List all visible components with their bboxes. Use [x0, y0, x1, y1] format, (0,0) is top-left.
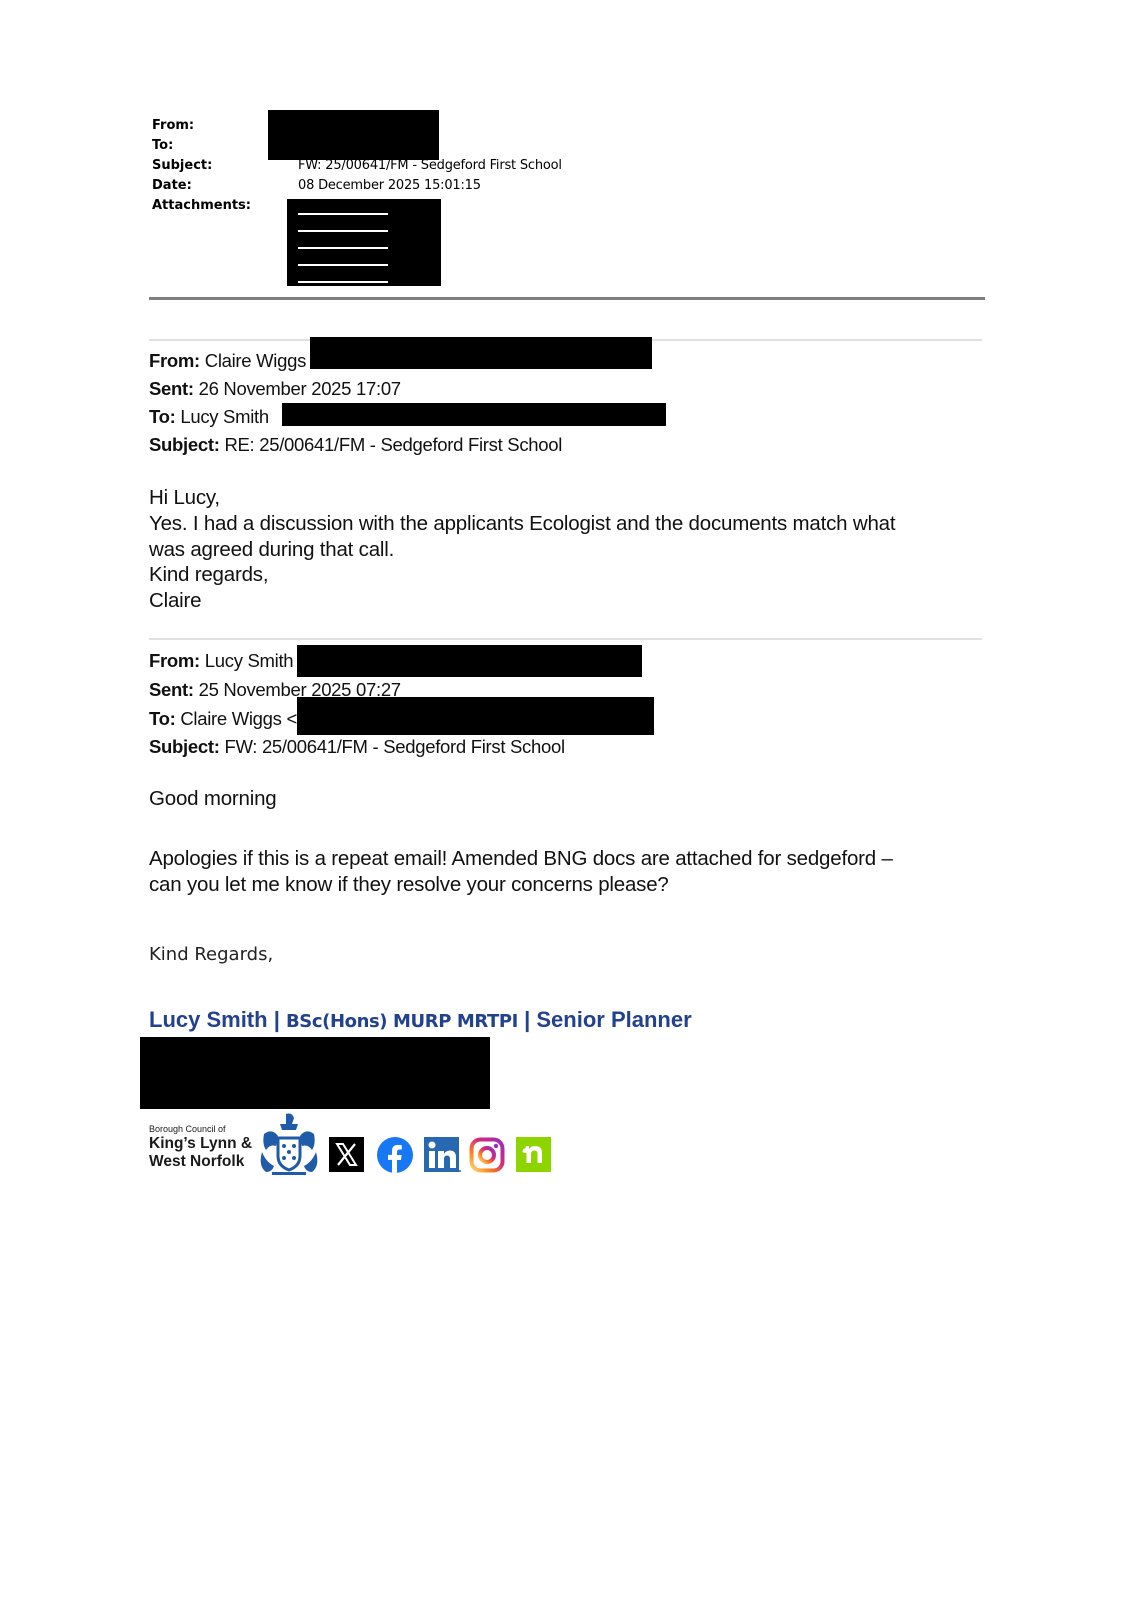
subject-label: Subject: [149, 736, 220, 757]
org-line: King’s Lynn & [149, 1135, 252, 1153]
from-label: From: [149, 350, 200, 371]
body-line: can you let me know if they resolve your… [149, 872, 669, 898]
separator: | [268, 1007, 286, 1032]
body-line: Yes. I had a discussion with the applica… [149, 511, 895, 537]
facebook-icon[interactable] [377, 1137, 412, 1172]
linkedin-icon[interactable] [424, 1137, 460, 1172]
signature-line: Lucy Smith | BSc(Hons) MURP MRTPI | Seni… [149, 1007, 692, 1035]
to-value: Lucy Smith [180, 406, 269, 427]
subject-value: FW: 25/00641/FM - Sedgeford First School [298, 158, 562, 174]
redacted-email [310, 337, 652, 369]
message-sent: Sent: 26 November 2025 17:07 [149, 378, 401, 400]
sent-label: Sent: [149, 378, 194, 399]
message-subject: Subject: FW: 25/00641/FM - Sedgeford Fir… [149, 736, 565, 758]
redacted-email [282, 403, 666, 426]
instagram-icon[interactable] [469, 1137, 504, 1172]
body-line: was agreed during that call. [149, 537, 394, 563]
attachment-link[interactable] [298, 281, 388, 283]
from-value: Claire Wiggs [205, 350, 306, 371]
body-line: Claire [149, 588, 201, 614]
date-value: 08 December 2025 15:01:15 [298, 178, 481, 194]
from-label: From: [149, 650, 200, 671]
redacted-contact-details [140, 1037, 490, 1109]
subject-label: Subject: [152, 158, 212, 174]
message-divider [149, 638, 982, 640]
to-label: To: [149, 708, 176, 729]
attachment-link[interactable] [298, 230, 388, 232]
message-to: To: Lucy Smith [149, 406, 269, 428]
to-value: Claire Wiggs < [180, 708, 297, 729]
header-divider [149, 297, 985, 300]
to-label: To: [149, 406, 176, 427]
body-line: Kind regards, [149, 562, 268, 588]
subject-label: Subject: [149, 434, 220, 455]
x-icon[interactable] [329, 1137, 364, 1172]
attachments-label: Attachments: [152, 198, 251, 214]
body-line: Good morning [149, 786, 277, 812]
org-line: Borough Council of [149, 1124, 252, 1135]
signature-qualifications: BSc(Hons) MURP MRTPI [286, 1011, 518, 1032]
separator: | [518, 1007, 536, 1032]
org-line: West Norfolk [149, 1153, 252, 1171]
body-line: Hi Lucy, [149, 485, 220, 511]
message-subject: Subject: RE: 25/00641/FM - Sedgeford Fir… [149, 434, 562, 456]
sent-value: 26 November 2025 17:07 [199, 378, 401, 399]
message-to: To: Claire Wiggs < [149, 708, 297, 730]
message-from: From: Claire Wiggs [149, 350, 306, 372]
attachment-link[interactable] [298, 264, 388, 266]
redacted-from-to [268, 110, 439, 160]
message-from: From: Lucy Smith [149, 650, 293, 672]
subject-value: FW: 25/00641/FM - Sedgeford First School [224, 736, 564, 757]
sent-label: Sent: [149, 679, 194, 700]
from-value: Lucy Smith [205, 650, 294, 671]
signature-title: Senior Planner [536, 1007, 691, 1032]
to-label: To: [152, 138, 173, 154]
closing: Kind Regards, [149, 944, 273, 966]
subject-value: RE: 25/00641/FM - Sedgeford First School [224, 434, 562, 455]
attachment-link[interactable] [298, 213, 388, 215]
from-label: From: [152, 118, 194, 134]
date-label: Date: [152, 178, 192, 194]
attachment-link[interactable] [298, 247, 388, 249]
signature-name: Lucy Smith [149, 1007, 268, 1032]
council-crest-icon [258, 1112, 320, 1176]
body-line: Apologies if this is a repeat email! Ame… [149, 846, 893, 872]
redacted-email [297, 697, 654, 735]
redacted-email [297, 645, 642, 677]
council-logo-text: Borough Council of King’s Lynn & West No… [149, 1124, 252, 1171]
nextdoor-icon[interactable] [516, 1137, 551, 1172]
